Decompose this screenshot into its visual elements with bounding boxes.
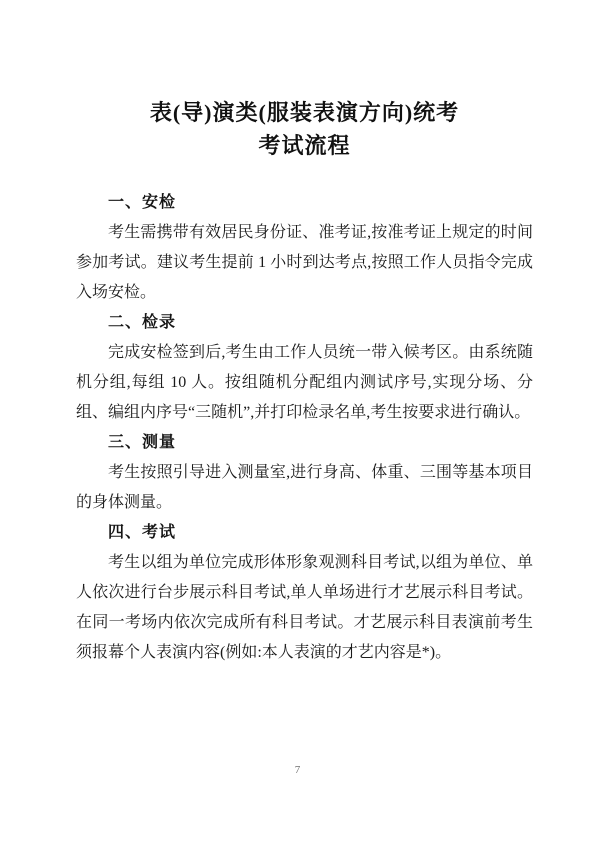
document-body: 一、安检 考生需携带有效居民身份证、准考证,按准考证上规定的时间参加考试。建议考… (0, 188, 595, 668)
section-heading-check-in: 二、检录 (76, 308, 533, 338)
section-body-measurement: 考生按照引导进入测量室,进行身高、体重、三围等基本项目的身体测量。 (76, 458, 533, 518)
section-heading-exam: 四、考试 (76, 518, 533, 548)
section-exam: 四、考试 考生以组为单位完成形体形象观测科目考试,以组为单位、单人依次进行台步展… (76, 518, 533, 668)
section-measurement: 三、测量 考生按照引导进入测量室,进行身高、体重、三围等基本项目的身体测量。 (76, 428, 533, 518)
section-body-security-check: 考生需携带有效居民身份证、准考证,按准考证上规定的时间参加考试。建议考生提前 1… (76, 218, 533, 308)
document-title-line-1: 表(导)演类(服装表演方向)统考 (76, 96, 533, 129)
section-heading-security-check: 一、安检 (76, 188, 533, 218)
section-body-exam: 考生以组为单位完成形体形象观测科目考试,以组为单位、单人依次进行台步展示科目考试… (76, 548, 533, 668)
page-number: 7 (0, 763, 595, 777)
document-title: 表(导)演类(服装表演方向)统考 考试流程 (0, 0, 595, 162)
section-body-check-in: 完成安检签到后,考生由工作人员统一带入候考区。由系统随机分组,每组 10 人。按… (76, 338, 533, 428)
section-heading-measurement: 三、测量 (76, 428, 533, 458)
document-title-line-2: 考试流程 (76, 129, 533, 162)
section-check-in: 二、检录 完成安检签到后,考生由工作人员统一带入候考区。由系统随机分组,每组 1… (76, 308, 533, 428)
section-security-check: 一、安检 考生需携带有效居民身份证、准考证,按准考证上规定的时间参加考试。建议考… (76, 188, 533, 308)
document-page: 表(导)演类(服装表演方向)统考 考试流程 一、安检 考生需携带有效居民身份证、… (0, 0, 595, 842)
